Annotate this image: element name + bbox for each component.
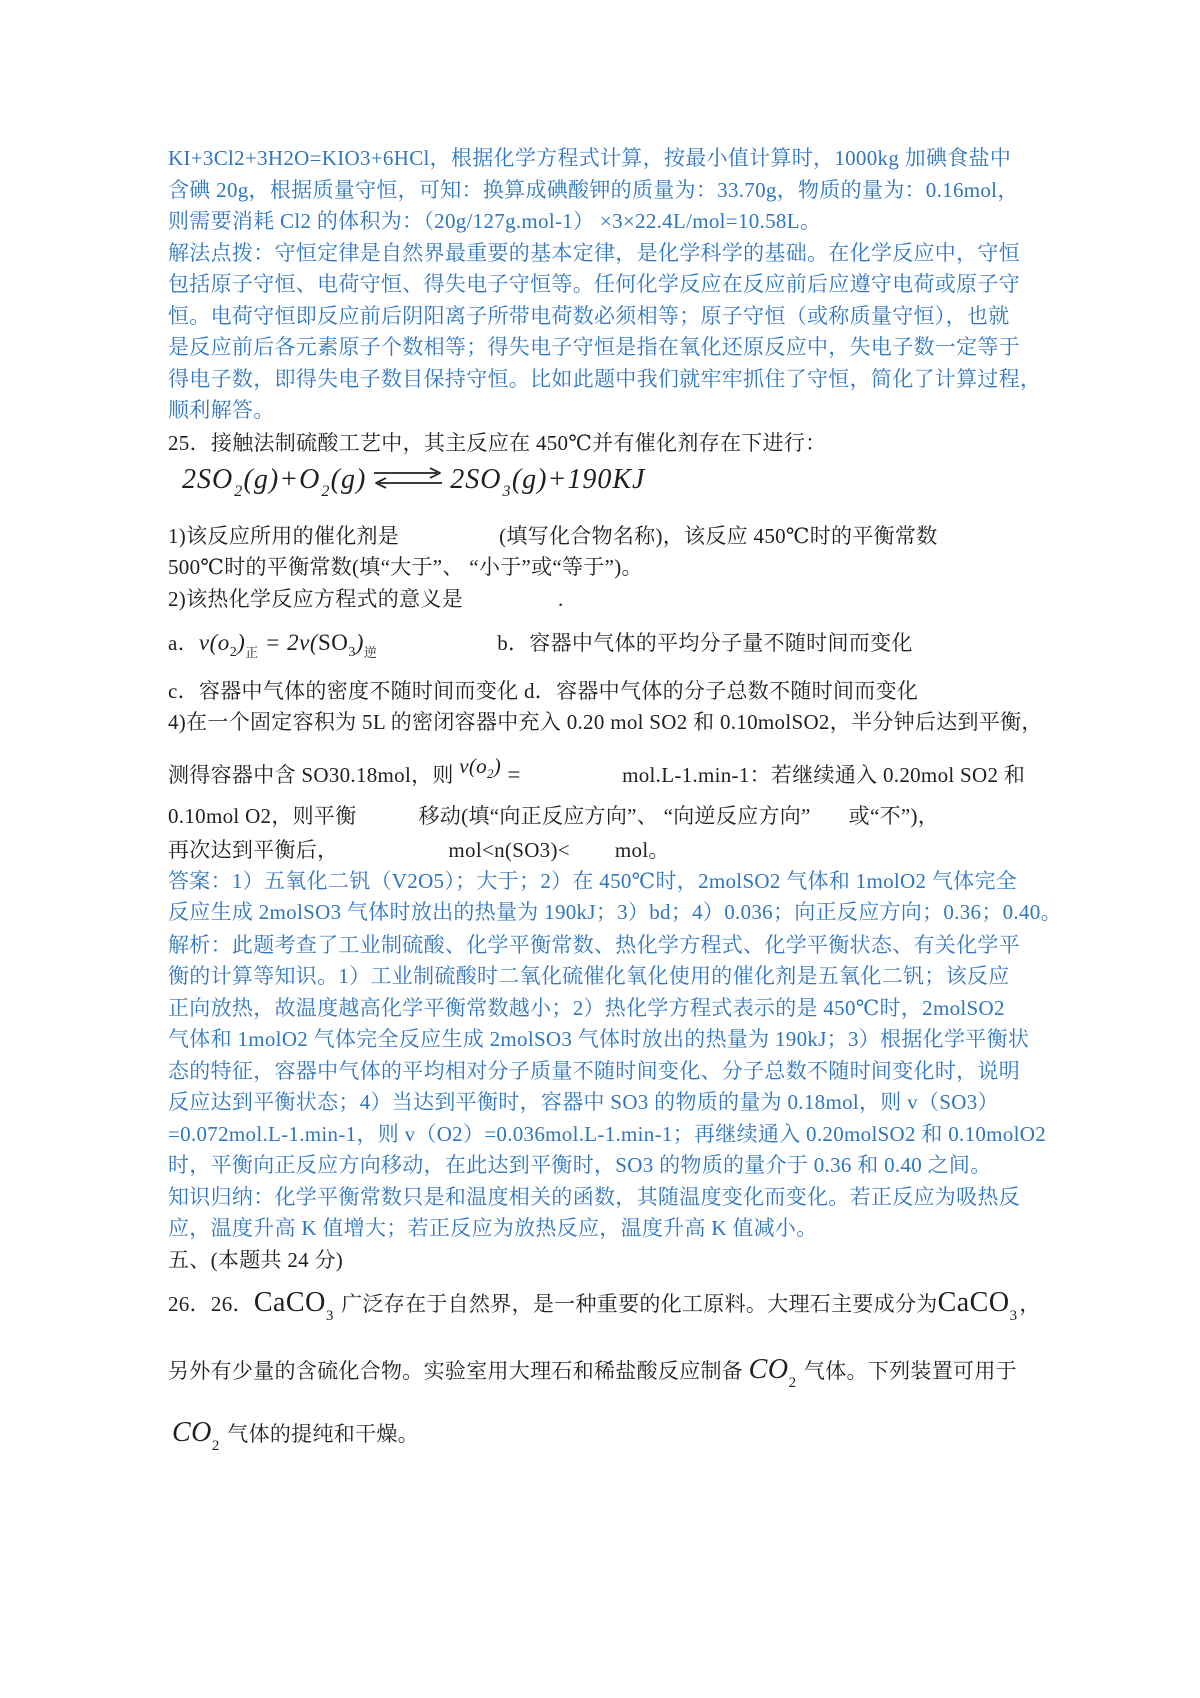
text-segment: 知识归纳：化学平衡常数只是和温度相关的函数，其随温度变化而变化。若正反应为吸热反: [168, 1185, 1020, 1209]
text-segment: 1)该反应所用的催化剂是: [168, 524, 399, 548]
text-segment: (g)+190KJ: [512, 464, 646, 495]
blank-fill-gap: [811, 821, 849, 823]
text-line-30: 时，平衡向正反应方向移动，在此达到平衡时，SO3 的物质的量介于 0.36 和 …: [168, 1152, 992, 1178]
text-line-27: 态的特征，容器中气体的平均相对分子质量不随时间变化、分子总数不随时间变化时，说明: [168, 1058, 1020, 1084]
text-line-26: 气体和 1molO2 气体完全反应生成 2molSO3 气体时放出的热量为 19…: [168, 1026, 1029, 1052]
text-segment: 2: [487, 766, 494, 781]
text-segment: 得电子数，即得失电子数目保持守恒。比如此题中我们就牢牢抓住了守恒，简化了计算过程…: [168, 367, 1041, 391]
text-segment: c．容器中气体的密度不随时间而变化 d．容器中气体的分子总数不随时间而变化: [168, 679, 918, 703]
text-line-11: 2SO2(g)+O2(g)2SO3(g)+190KJ: [182, 466, 645, 497]
text-segment: 3: [348, 645, 355, 660]
text-segment: mol。: [615, 838, 670, 862]
text-line-20: 再次达到平衡后，mol<n(SO3)<mol。: [168, 837, 670, 863]
text-segment: 含碘 20g，根据质量守恒，可知：换算成碘酸钾的质量为：33.70g，物质的量为…: [168, 178, 1019, 202]
text-segment: 2: [789, 1375, 797, 1391]
text-segment: 3: [326, 1308, 334, 1324]
text-segment: 广泛存在于自然界，是一种重要的化工原料。大理石主要成分为: [336, 1292, 938, 1316]
text-segment: 2)该热化学反应方程式的意义是: [168, 587, 463, 611]
text-line-13: 500℃时的平衡常数(填“大于”、 “小于”或“等于”)。: [168, 554, 643, 580]
text-segment: SO: [318, 630, 348, 655]
text-line-24: 衡的计算等知识。1）工业制硫酸时二氧化硫催化氧化使用的催化剂是五氧化二钒；该反应: [168, 963, 1010, 989]
text-segment: = 2v(: [259, 630, 318, 655]
blank-fill-gap: [357, 821, 419, 823]
text-segment: 2: [230, 645, 237, 660]
text-line-31: 知识归纳：化学平衡常数只是和温度相关的函数，其随温度变化而变化。若正反应为吸热反: [168, 1184, 1020, 1210]
text-segment: 是反应前后各元素原子个数相等；得失电子守恒是指在氧化还原反应中，失电子数一定等于: [168, 335, 1020, 359]
text-line-18: 测得容器中含 SO30.18mol，则 v(o2) = mol.L-1.min-…: [168, 762, 1025, 791]
text-segment: 2: [321, 483, 329, 500]
text-segment: 气体的提纯和干燥。: [222, 1422, 419, 1446]
text-segment: a．: [168, 631, 199, 655]
equilibrium-arrow-icon: [371, 466, 445, 490]
text-line-19: 0.10mol O2，则平衡移动(填“向正反应方向”、 “向逆反应方向”或“不”…: [168, 803, 939, 829]
text-line-4: 解法点拨：守恒定律是自然界最重要的基本定律，是化学科学的基础。在化学反应中，守恒: [168, 240, 1020, 266]
text-line-2: 含碘 20g，根据质量守恒，可知：换算成碘酸钾的质量为：33.70g，物质的量为…: [168, 177, 1019, 203]
text-segment: mol<n(SO3)<: [448, 838, 570, 862]
text-line-14: 2)该热化学反应方程式的意义是.: [168, 586, 564, 612]
text-segment: 解析：此题考查了工业制硫酸、化学平衡常数、热化学方程式、化学平衡状态、有关化学平: [168, 933, 1020, 957]
text-line-34: 26．26．CaCO3 广泛存在于自然界，是一种重要的化工原料。大理石主要成分为…: [168, 1290, 1041, 1320]
text-segment: ，: [1019, 1292, 1040, 1316]
text-line-25: 正向放热，故温度越高化学平衡常数越小；2）热化学方程式表示的是 450℃时，2m…: [168, 995, 1005, 1021]
text-segment: 3: [503, 483, 511, 500]
document-page: KI+3Cl2+3H2O=KIO3+6HCl，根据化学方程式计算，按最小值计算时…: [0, 0, 1200, 1698]
text-line-17: 4)在一个固定容积为 5L 的密闭容器中充入 0.20 mol SO2 和 0.…: [168, 709, 1043, 735]
text-segment: 反应生成 2molSO3 气体时放出的热量为 190kJ；3）bd；4）0.03…: [168, 900, 1062, 924]
text-segment: ): [494, 754, 501, 778]
text-segment: 气体和 1molO2 气体完全反应生成 2molSO3 气体时放出的热量为 19…: [168, 1027, 1029, 1051]
text-segment: CaCO: [938, 1287, 1010, 1318]
text-line-10: 25．接触法制硫酸工艺中，其主反应在 450℃并有催化剂存在下进行：: [168, 430, 826, 456]
text-segment: 4)在一个固定容积为 5L 的密闭容器中充入 0.20 mol SO2 和 0.…: [168, 710, 1043, 734]
text-line-7: 是反应前后各元素原子个数相等；得失电子守恒是指在氧化还原反应中，失电子数一定等于: [168, 334, 1020, 360]
blank-fill-gap: [463, 604, 558, 606]
text-segment: 3: [1010, 1308, 1018, 1324]
text-line-12: 1)该反应所用的催化剂是(填写化合物名称)，该反应 450℃时的平衡常数: [168, 523, 938, 549]
text-line-22: 反应生成 2molSO3 气体时放出的热量为 190kJ；3）bd；4）0.03…: [168, 899, 1062, 925]
text-line-5: 包括原子守恒、电荷守恒、得失电子守恒等。任何化学反应在反应前后应遵守电荷或原子守: [168, 271, 1020, 297]
text-segment: 应，温度升高 K 值增大；若正反应为放热反应，温度升高 K 值减小。: [168, 1216, 818, 1240]
text-segment: KI+3Cl2+3H2O=KIO3+6HCl，根据化学方程式计算，按最小值计算时…: [168, 146, 1011, 170]
text-segment: 时，平衡向正反应方向移动，在此达到平衡时，SO3 的物质的量介于 0.36 和 …: [168, 1153, 992, 1177]
text-line-35: 另外有少量的含硫化合物。实验室用大理石和稀盐酸反应制备 CO2 气体。下列装置可…: [168, 1357, 1017, 1387]
text-segment: 逆: [364, 645, 377, 660]
text-line-32: 应，温度升高 K 值增大；若正反应为放热反应，温度升高 K 值减小。: [168, 1215, 818, 1241]
text-segment: 解法点拨：守恒定律是自然界最重要的基本定律，是化学科学的基础。在化学反应中，守恒: [168, 241, 1020, 265]
text-segment: (g)+O: [244, 464, 321, 495]
text-segment: 2SO: [450, 464, 501, 495]
text-segment: CaCO: [254, 1287, 326, 1318]
text-segment: v(o: [199, 630, 230, 655]
blank-fill-gap: [377, 648, 497, 650]
text-line-16: c．容器中气体的密度不随时间而变化 d．容器中气体的分子总数不随时间而变化: [168, 678, 918, 704]
text-segment: 则需要消耗 Cl2 的体积为：（20g/127g.mol-1） ×3×22.4L…: [168, 209, 821, 233]
text-line-6: 恒。电荷守恒即反应前后阴阳离子所带电荷数必须相等；原子守恒（或称质量守恒），也就: [168, 303, 1010, 329]
text-segment: 2: [212, 1438, 220, 1454]
text-segment: CO: [749, 1354, 789, 1385]
text-segment: 移动(填“向正反应方向”、 “向逆反应方向”: [419, 804, 811, 828]
text-segment: 再次达到平衡后，: [168, 838, 338, 862]
text-line-28: 反应达到平衡状态；4）当达到平衡时，容器中 SO3 的物质的量为 0.18mol…: [168, 1089, 999, 1115]
text-segment: 另外有少量的含硫化合物。实验室用大理石和稀盐酸反应制备: [168, 1359, 749, 1383]
text-segment: 态的特征，容器中气体的平均相对分子质量不随时间变化、分子总数不随时间变化时，说明: [168, 1059, 1020, 1083]
text-segment: 答案：1）五氧化二钒（V2O5）；大于；2）在 450℃时，2molSO2 气体…: [168, 869, 1017, 893]
text-segment: (g): [331, 464, 367, 495]
blank-fill-gap: [527, 780, 622, 782]
text-segment: 衡的计算等知识。1）工业制硫酸时二氧化硫催化氧化使用的催化剂是五氧化二钒；该反应: [168, 964, 1010, 988]
blank-fill-gap: [399, 541, 499, 543]
text-segment: 25．接触法制硫酸工艺中，其主反应在 450℃并有催化剂存在下进行：: [168, 431, 826, 455]
blank-fill-gap: [338, 855, 448, 857]
text-segment: =: [501, 762, 527, 787]
text-line-23: 解析：此题考查了工业制硫酸、化学平衡常数、热化学方程式、化学平衡状态、有关化学平: [168, 932, 1020, 958]
text-segment: 正: [245, 645, 258, 660]
text-line-29: =0.072mol.L-1.min-1，则 v（O2）=0.036mol.L-1…: [168, 1121, 1046, 1147]
text-line-9: 顺利解答。: [168, 397, 275, 423]
text-segment: 顺利解答。: [168, 398, 275, 422]
text-line-21: 答案：1）五氧化二钒（V2O5）；大于；2）在 450℃时，2molSO2 气体…: [168, 868, 1017, 894]
text-line-3: 则需要消耗 Cl2 的体积为：（20g/127g.mol-1） ×3×22.4L…: [168, 208, 821, 234]
text-segment: b．容器中气体的平均分子量不随时间而变化: [497, 631, 913, 655]
text-segment: 26．26．: [168, 1292, 254, 1316]
text-segment: 气体。下列装置可用于: [798, 1359, 1017, 1383]
text-segment: 反应达到平衡状态；4）当达到平衡时，容器中 SO3 的物质的量为 0.18mol…: [168, 1090, 999, 1114]
text-segment: 五、(本题共 24 分): [168, 1248, 343, 1272]
text-segment: CO: [172, 1417, 212, 1448]
text-segment: 500℃时的平衡常数(填“大于”、 “小于”或“等于”)。: [168, 555, 643, 579]
text-segment: 0.10mol O2，则平衡: [168, 804, 357, 828]
text-segment: mol.L-1.min-1：若继续通入 0.20mol SO2 和: [622, 763, 1025, 787]
text-segment: 2SO: [182, 464, 233, 495]
text-segment: 恒。电荷守恒即反应前后阴阳离子所带电荷数必须相等；原子守恒（或称质量守恒），也就: [168, 304, 1010, 328]
text-segment: ): [356, 630, 364, 655]
text-line-36: CO2 气体的提纯和干燥。: [172, 1420, 419, 1450]
text-segment: =0.072mol.L-1.min-1，则 v（O2）=0.036mol.L-1…: [168, 1122, 1046, 1146]
text-line-33: 五、(本题共 24 分): [168, 1247, 343, 1273]
blank-fill-gap: [570, 855, 615, 857]
text-segment: 测得容器中含 SO30.18mol，则: [168, 763, 459, 787]
text-segment: .: [558, 587, 564, 611]
text-segment: 2: [234, 483, 242, 500]
text-line-1: KI+3Cl2+3H2O=KIO3+6HCl，根据化学方程式计算，按最小值计算时…: [168, 145, 1011, 171]
text-line-15: a．v(o2)正 = 2v(SO3)逆b．容器中气体的平均分子量不随时间而变化: [168, 630, 913, 660]
text-segment: v(o: [459, 754, 487, 778]
text-segment: 或“不”)，: [849, 804, 939, 828]
text-segment: 包括原子守恒、电荷守恒、得失电子守恒等。任何化学反应在反应前后应遵守电荷或原子守: [168, 272, 1020, 296]
text-segment: (填写化合物名称)，该反应 450℃时的平衡常数: [499, 524, 937, 548]
text-segment: 正向放热，故温度越高化学平衡常数越小；2）热化学方程式表示的是 450℃时，2m…: [168, 996, 1005, 1020]
text-line-8: 得电子数，即得失电子数目保持守恒。比如此题中我们就牢牢抓住了守恒，简化了计算过程…: [168, 366, 1041, 392]
